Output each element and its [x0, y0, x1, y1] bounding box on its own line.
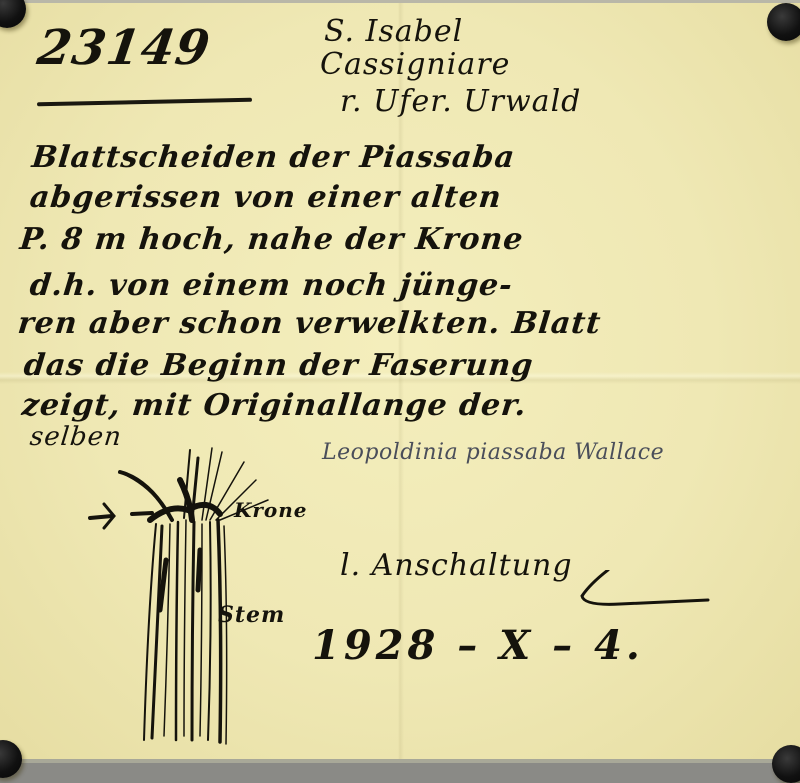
body-line: abgerissen von einer alten: [28, 180, 503, 215]
pin-bottom-left-icon: [0, 740, 22, 763]
specimen-label-sheet: 23149 S. Isabel Cassigniare r. Ufer. Urw…: [0, 0, 800, 763]
catalog-number-underline: [37, 98, 252, 107]
locality-line-1: S. Isabel: [324, 14, 463, 49]
body-line: P. 8 m hoch, nahe der Krone: [18, 222, 525, 257]
locality-line-2: Cassigniare: [320, 47, 510, 82]
leaf-sheath-sketch-icon: [80, 440, 340, 760]
pin-top-right-icon: [767, 3, 800, 41]
body-line: Blattscheiden der Piassaba: [30, 140, 517, 175]
sketch-label-stem: Stem: [218, 602, 285, 628]
species-name: Leopoldinia piassaba Wallace: [322, 440, 664, 465]
scan-top-edge: [0, 0, 800, 3]
body-line: ren aber schon verwelkten. Blatt: [16, 306, 603, 341]
body-line: zeigt, mit Originallange der.: [20, 388, 528, 423]
sketch-label-crown: Krone: [234, 498, 308, 522]
date: 1928 – X – 4.: [312, 622, 644, 669]
catalog-number: 23149: [34, 20, 214, 76]
pin-bottom-right-icon: [772, 745, 800, 763]
body-line: d.h. von einem noch jünge-: [28, 268, 514, 303]
signature-flourish-icon: [580, 570, 710, 610]
locality-line-3: r. Ufer. Urwald: [340, 84, 581, 119]
signature: l. Anschaltung: [340, 548, 573, 583]
body-line: das die Beginn der Faserung: [22, 348, 535, 383]
pin-top-left-icon: [0, 0, 26, 28]
